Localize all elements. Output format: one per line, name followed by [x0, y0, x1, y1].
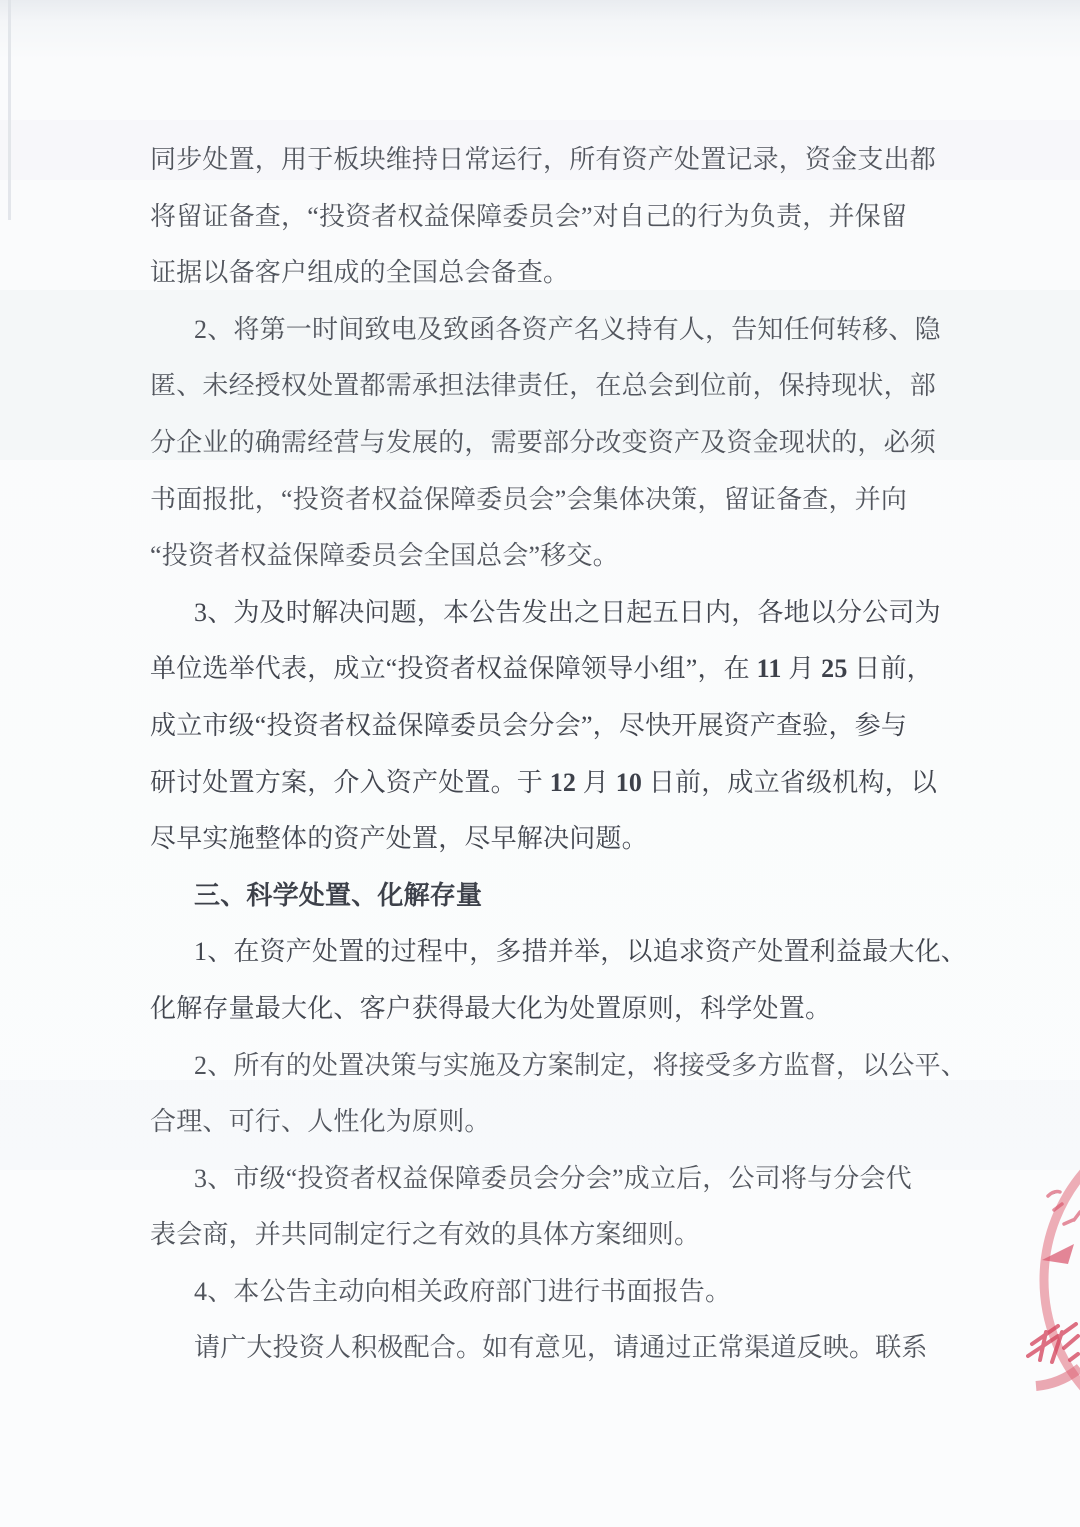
text-line: 化解存量最大化、客户获得最大化为处置原则，科学处置。 [150, 981, 940, 1038]
text-line: 匿、未经授权处置都需承担法律责任，在总会到位前，保持现状，部 [150, 358, 940, 415]
bold-date-text: 10 [616, 768, 642, 797]
text-line: 研讨处置方案，介入资产处置。于 12 月 10 日前，成立省级机构，以 [150, 755, 940, 812]
bold-date-text: 25 [821, 654, 847, 683]
text-segment: 日前， [848, 654, 933, 683]
seal-lower-arc [1036, 1368, 1080, 1386]
document-page: 同步处置，用于板块维持日常运行，所有资产处置记录，资金支出都将留证备查，“投资者… [0, 0, 1080, 1527]
text-line: 2、将第一时间致电及致函各资产名义持有人，告知任何转移、隐 [150, 302, 940, 359]
text-segment: 研讨处置方案，介入资产处置。于 [150, 768, 550, 797]
text-segment: 月 [576, 768, 616, 797]
text-line: 表会商，并共同制定行之有效的具体方案细则。 [150, 1207, 940, 1264]
text-line: 尽早实施整体的资产处置，尽早解决问题。 [150, 811, 940, 868]
text-line: 将留证备查，“投资者权益保障委员会”对自己的行为负责，并保留 [150, 189, 940, 246]
section-heading: 三、科学处置、化解存量 [150, 868, 940, 925]
text-line: 分企业的确需经营与发展的，需要部分改变资产及资金现状的，必须 [150, 415, 940, 472]
scan-edge-line [8, 0, 11, 220]
text-line: 3、为及时解决问题，本公告发出之日起五日内，各地以分公司为 [150, 585, 940, 642]
text-segment: 单位选举代表，成立“投资者权益保障领导小组”，在 [150, 654, 757, 683]
text-line: 单位选举代表，成立“投资者权益保障领导小组”，在 11 月 25 日前， [150, 641, 940, 698]
text-line: 3、市级“投资者权益保障委员会分会”成立后，公司将与分会代 [150, 1151, 940, 1208]
text-segment: 月 [782, 654, 822, 683]
bold-date-text: 12 [550, 768, 576, 797]
text-line: 4、本公告主动向相关政府部门进行书面报告。 [150, 1264, 940, 1321]
text-line: 同步处置，用于板块维持日常运行，所有资产处置记录，资金支出都 [150, 132, 940, 189]
text-line: 成立市级“投资者权益保障委员会分会”，尽快开展资产查验，参与 [150, 698, 940, 755]
text-line: 2、所有的处置决策与实施及方案制定，将接受多方监督，以公平、 [150, 1038, 940, 1095]
text-line: 证据以备客户组成的全国总会备查。 [150, 245, 940, 302]
document-body: 同步处置，用于板块维持日常运行，所有资产处置记录，资金支出都将留证备查，“投资者… [150, 132, 940, 1377]
red-seal-stamp [1018, 1148, 1080, 1418]
text-line: 合理、可行、人性化为原则。 [150, 1094, 940, 1151]
seal-circle-arc [1044, 1148, 1080, 1418]
text-line: “投资者权益保障委员会全国总会”移交。 [150, 528, 940, 585]
text-line: 请广大投资人积极配合。如有意见，请通过正常渠道反映。联系 [150, 1320, 940, 1377]
seal-wedge-fragment [1042, 1244, 1074, 1264]
text-line: 书面报批，“投资者权益保障委员会”会集体决策，留证备查，并向 [150, 472, 940, 529]
bold-date-text: 11 [757, 654, 782, 683]
text-segment: 日前，成立省级机构，以 [642, 768, 937, 797]
seal-character-strokes [1028, 1324, 1078, 1362]
seal-text-fragments [1048, 1192, 1080, 1225]
text-line: 1、在资产处置的过程中，多措并举，以追求资产处置利益最大化、 [150, 924, 940, 981]
